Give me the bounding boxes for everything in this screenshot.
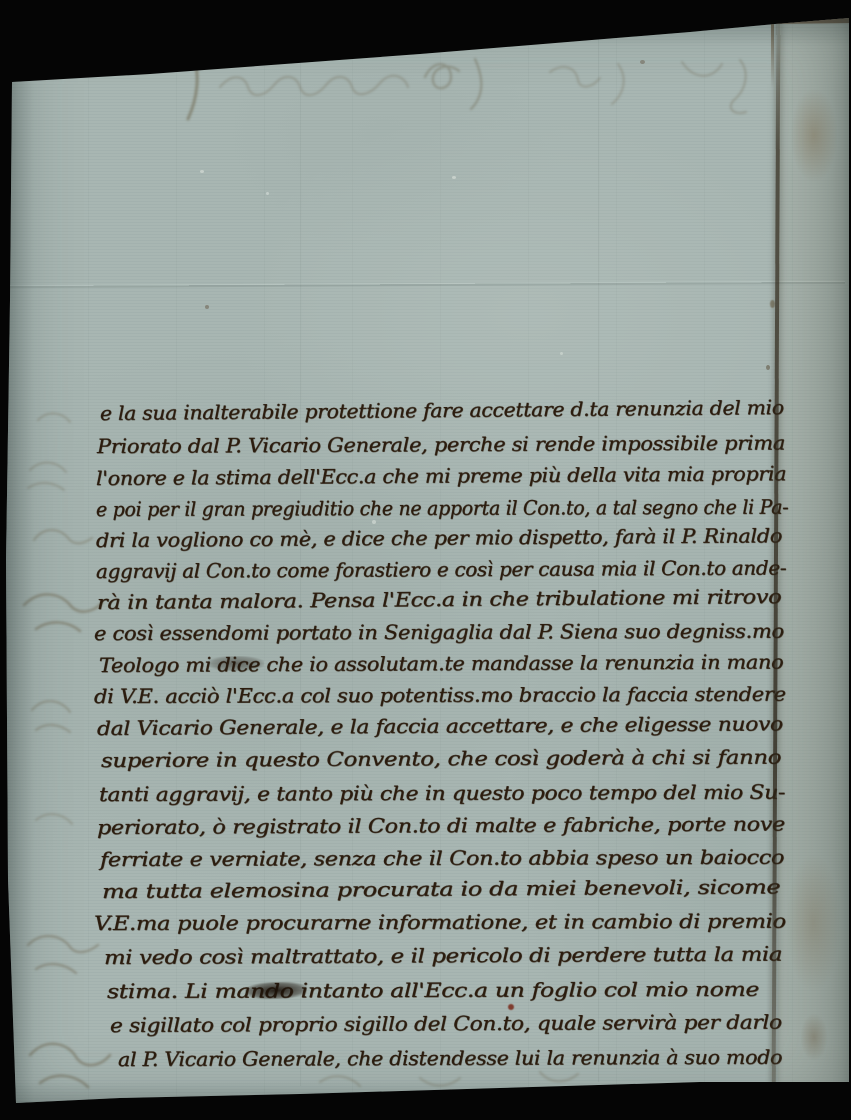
manuscript-line: dal Vicario Generale, e la faccia accett… — [97, 713, 783, 738]
manuscript-scan: e la sua inalterabile protettione fare a… — [0, 0, 851, 1120]
manuscript-line: dri la vogliono co mè, e dice che per mi… — [96, 525, 782, 550]
manuscript-line: aggravij al Con.to come forastiero e cos… — [96, 557, 786, 581]
manuscript-line: Teologo mi dice che io assolutam.te mand… — [99, 651, 783, 675]
manuscript-line: mi vedo così maltrattato, e il pericolo … — [104, 943, 782, 967]
letter-body: e la sua inalterabile protettione fare a… — [0, 0, 851, 1120]
manuscript-line: l'onore e la stima dell'Ecc.a che mi pre… — [96, 463, 786, 488]
manuscript-line: al P. Vicario Generale, che distendesse … — [118, 1047, 782, 1069]
manuscript-line: periorato, ò registrato il Con.to di mal… — [97, 813, 785, 837]
manuscript-line: tanti aggravij, e tanto più che in quest… — [99, 782, 785, 804]
manuscript-line: Priorato dal P. Vicario Generale, perche… — [97, 432, 785, 456]
manuscript-line: e sigillato col proprio sigillo del Con.… — [110, 1011, 782, 1035]
manuscript-line: rà in tanta malora. Pensa l'Ecc.a in che… — [97, 586, 781, 612]
paper-sheet: e la sua inalterabile protettione fare a… — [0, 0, 851, 1120]
manuscript-line: superiore in questo Convento, che così g… — [101, 746, 781, 770]
manuscript-line: ferriate e verniate, senza che il Con.to… — [100, 847, 784, 869]
manuscript-line: di V.E. acciò l'Ecc.a col suo potentiss.… — [94, 684, 786, 706]
manuscript-line: stima. Li mando intanto all'Ecc.a un fog… — [107, 979, 759, 1001]
manuscript-line: e poi per il gran pregiuditio che ne app… — [96, 497, 788, 519]
manuscript-line: e così essendomi portato in Senigaglia d… — [94, 621, 784, 643]
manuscript-line: V.E.ma puole procurarne informatione, et… — [94, 911, 786, 933]
manuscript-line: e la sua inalterabile protettione fare a… — [100, 397, 784, 423]
manuscript-line: ma tutta elemosina procurata io da miei … — [102, 876, 780, 901]
